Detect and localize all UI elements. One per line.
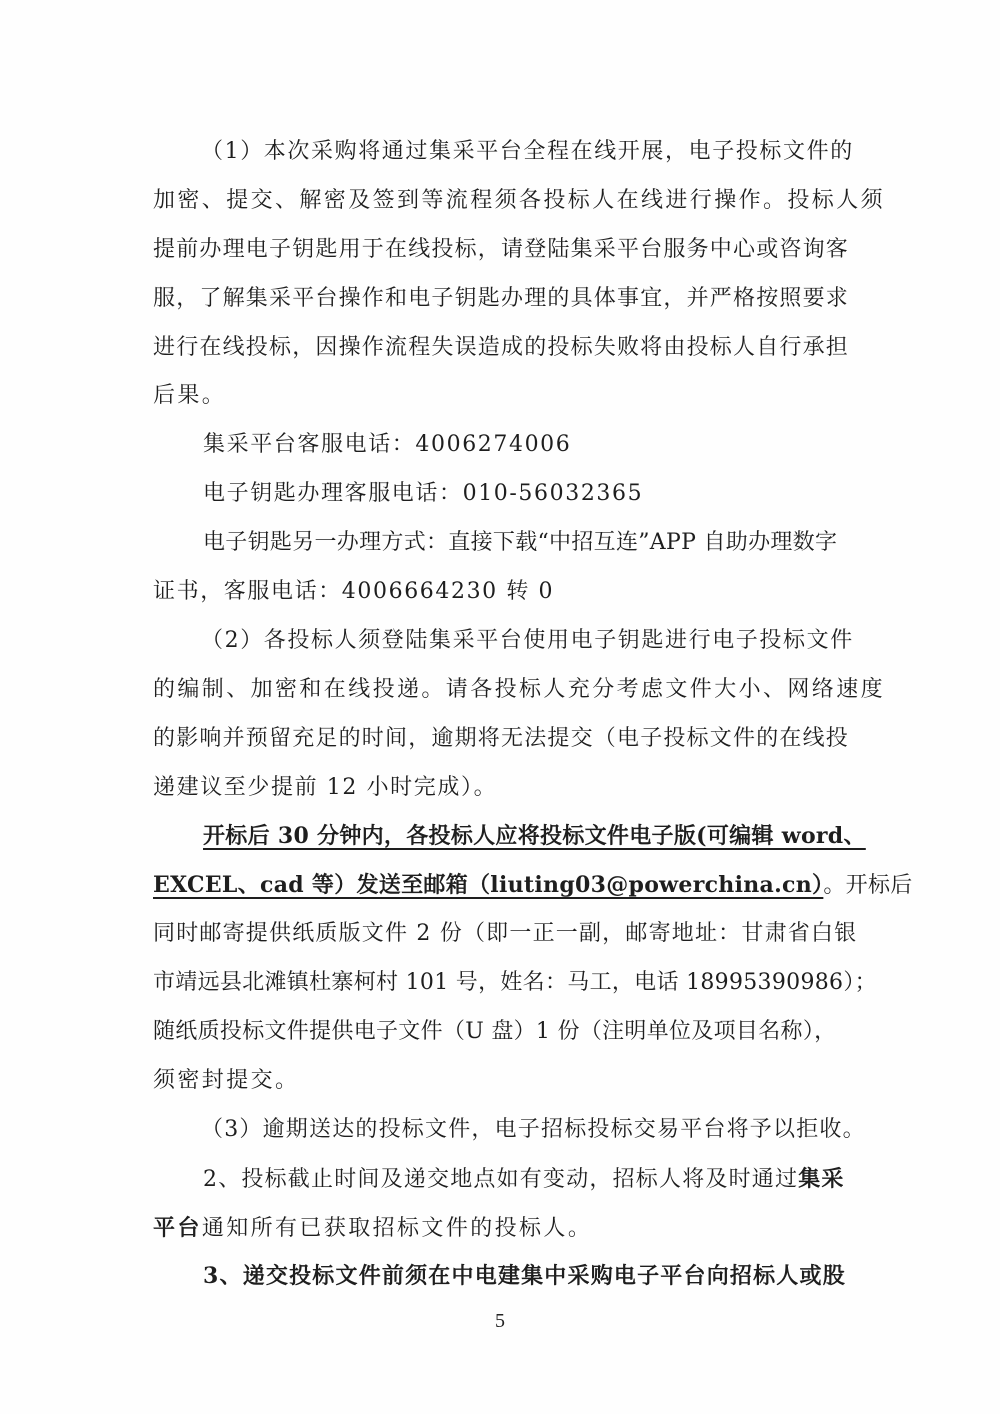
document-page: （1）本次采购将通过集采平台全程在线开展，电子投标文件的 加密、提交、解密及签到… [0, 0, 1000, 1414]
paragraph-1: （1）本次采购将通过集采平台全程在线开展，电子投标文件的 加密、提交、解密及签到… [153, 128, 853, 421]
text-line: 3、递交投标文件前须在中电建集中采购电子平台向招标人或股 [153, 1252, 853, 1301]
text-line: 递建议至少提前 12 小时完成）。 [153, 764, 853, 813]
paragraph-2: （2）各投标人须登陆集采平台使用电子钥匙进行电子投标文件 的编制、加密和在线投递… [153, 617, 853, 813]
text-line: 平台通知所有已获取招标文件的投标人。 [153, 1204, 853, 1253]
ekey-alt-phone: 证书，客服电话：4006664230 转 0 [153, 568, 853, 617]
paragraph-3: （3）逾期送达的投标文件，电子招标投标交易平台将予以拒收。 [153, 1106, 853, 1155]
text-line: （1）本次采购将通过集采平台全程在线开展，电子投标文件的 [153, 128, 853, 177]
document-body: （1）本次采购将通过集采平台全程在线开展，电子投标文件的 加密、提交、解密及签到… [153, 128, 853, 1301]
text-line: 随纸质投标文件提供电子文件（U 盘）1 份（注明单位及项目名称）， [153, 1008, 853, 1057]
text-line: 的编制、加密和在线投递。请各投标人充分考虑文件大小、网络速度 [153, 666, 853, 715]
text-line: 提前办理电子钥匙用于在线投标，请登陆集采平台服务中心或咨询客 [153, 226, 853, 275]
text-line: 的影响并预留充足的时间，逾期将无法提交（电子投标文件的在线投 [153, 715, 853, 764]
underlined-instruction: 开标后 30 分钟内，各投标人应将投标文件电子版(可编辑 word、 [203, 823, 866, 849]
text-span: 通知所有已获取招标文件的投标人。 [202, 1216, 592, 1241]
bold-span: 集采 [798, 1166, 844, 1192]
item-2: 2、投标截止时间及递交地点如有变动，招标人将及时通过集采 平台通知所有已获取招标… [153, 1155, 853, 1253]
text-span: 。开标后 [823, 873, 912, 898]
text-line: EXCEL、cad 等）发送至邮箱（liuting03@powerchina.c… [153, 861, 853, 910]
text-line: 开标后 30 分钟内，各投标人应将投标文件电子版(可编辑 word、 [153, 812, 853, 861]
email-address-text: EXCEL、cad 等）发送至邮箱（liuting03@powerchina.c… [153, 872, 823, 898]
bold-span: 平台 [153, 1215, 202, 1241]
text-line: 2、投标截止时间及递交地点如有变动，招标人将及时通过集采 [153, 1155, 853, 1204]
contact-info: 集采平台客服电话：4006274006 电子钥匙办理客服电话：010-56032… [153, 421, 853, 617]
platform-service-phone: 集采平台客服电话：4006274006 [153, 421, 853, 470]
text-line: 市靖远县北滩镇杜寨柯村 101 号，姓名：马工，电话 18995390986）； [153, 959, 853, 1008]
page-number: 5 [0, 1310, 1000, 1333]
text-line: （3）逾期送达的投标文件，电子招标投标交易平台将予以拒收。 [153, 1106, 853, 1155]
ekey-alt-method: 电子钥匙另一办理方式：直接下载“中招互连”APP 自助办理数字 [153, 519, 853, 568]
item-3: 3、递交投标文件前须在中电建集中采购电子平台向招标人或股 [153, 1252, 853, 1301]
text-line: 须密封提交。 [153, 1057, 853, 1106]
text-line: 服，了解集采平台操作和电子钥匙办理的具体事宜，并严格按照要求 [153, 275, 853, 324]
text-line: 同时邮寄提供纸质版文件 2 份（即一正一副，邮寄地址：甘肃省白银 [153, 910, 853, 959]
paragraph-email-submission: 开标后 30 分钟内，各投标人应将投标文件电子版(可编辑 word、 EXCEL… [153, 812, 853, 1105]
text-span: 2、投标截止时间及递交地点如有变动，招标人将及时通过 [203, 1167, 798, 1192]
text-line: 进行在线投标，因操作流程失误造成的投标失败将由投标人自行承担 [153, 324, 853, 373]
text-line: 加密、提交、解密及签到等流程须各投标人在线进行操作。投标人须 [153, 177, 853, 226]
ekey-service-phone: 电子钥匙办理客服电话：010-56032365 [153, 470, 853, 519]
text-line: 后果。 [153, 372, 853, 421]
text-line: （2）各投标人须登陆集采平台使用电子钥匙进行电子投标文件 [153, 617, 853, 666]
